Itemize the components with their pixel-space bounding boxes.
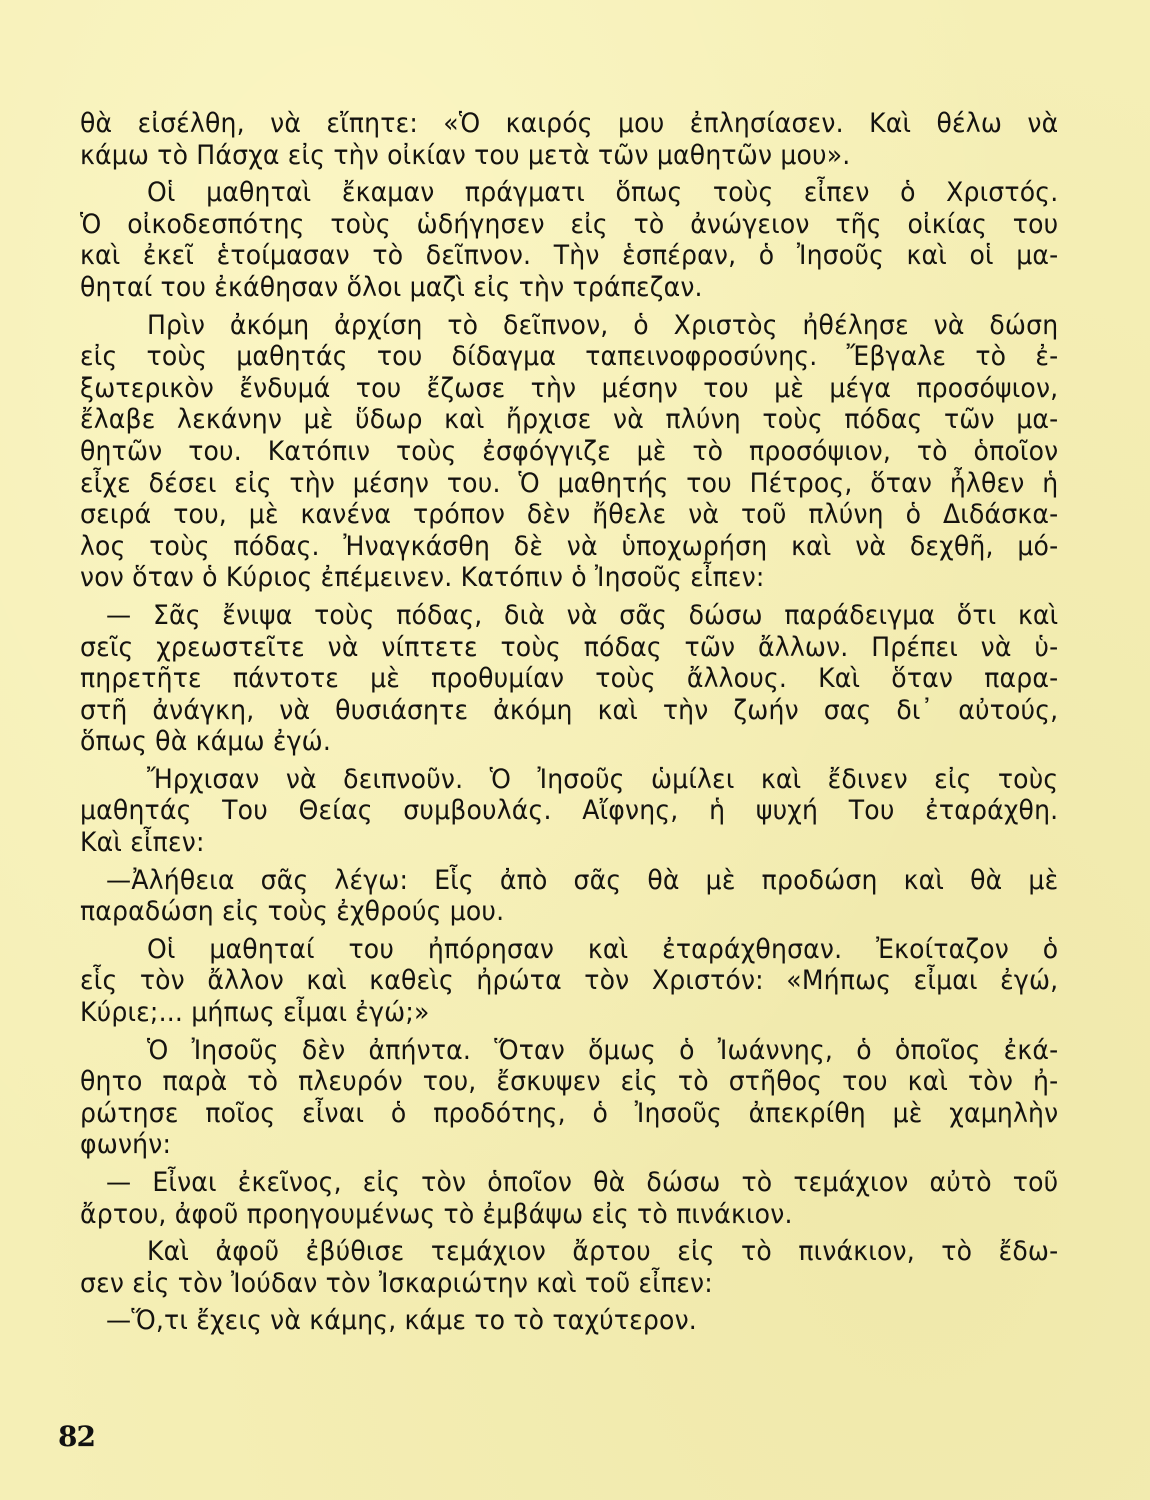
text-line: Οἱ μαθηταὶ ἔκαμαν πράγματι ὅπως τοὺς εἶπ…: [80, 177, 1058, 209]
book-page-body: θὰ εἰσέλθη, νὰ εἴπητε: «Ὁ καιρός μου ἐπλ…: [80, 108, 1060, 1337]
text-line: σεν εἰς τὸν Ἰούδαν τὸν Ἰσκαριώτην καὶ το…: [80, 1268, 1058, 1300]
text-line: Ἤρχισαν νὰ δειπνοῦν. Ὁ Ἰησοῦς ὡμίλει καὶ…: [80, 764, 1058, 796]
paragraph-indent: Οἱ μαθηταί του ἠπόρησαν καὶ ἐταράχθησαν.…: [80, 934, 1060, 1029]
text-line: Πρὶν ἀκόμη ἀρχίση τὸ δεῖπνον, ὁ Χριστὸς …: [80, 310, 1058, 342]
paragraph-indent: Πρὶν ἀκόμη ἀρχίση τὸ δεῖπνον, ὁ Χριστὸς …: [80, 310, 1060, 594]
text-line: —Ἀλήθεια σᾶς λέγω: Εἷς ἀπὸ σᾶς θὰ μὲ προ…: [80, 865, 1058, 897]
text-line: εἰς τοὺς μαθητάς του δίδαγμα ταπεινοφροσ…: [80, 341, 1058, 373]
text-line: Καὶ ἀφοῦ ἐβύθισε τεμάχιον ἄρτου εἰς τὸ π…: [80, 1236, 1058, 1268]
text-line: — Σᾶς ἔνιψα τοὺς πόδας, διὰ νὰ σᾶς δώσω …: [80, 600, 1058, 632]
text-line: στῆ ἀνάγκη, νὰ θυσιάσητε ἀκόμη καὶ τὴν ζ…: [80, 695, 1058, 727]
text-line: σεῖς χρεωστεῖτε νὰ νίπτετε τοὺς πόδας τῶ…: [80, 632, 1058, 664]
text-line: καὶ ἐκεῖ ἑτοίμασαν τὸ δεῖπνον. Τὴν ἑσπέρ…: [80, 240, 1058, 272]
text-line: παραδώση εἰς τοὺς ἐχθρούς μου.: [80, 896, 1058, 928]
text-line: Ὁ Ἰησοῦς δὲν ἀπήντα. Ὅταν ὅμως ὁ Ἰωάννης…: [80, 1035, 1058, 1067]
text-line: Κύριε;... μήπως εἶμαι ἐγώ;»: [80, 997, 1058, 1029]
text-line: πηρετῆτε πάντοτε μὲ προθυμίαν τοὺς ἄλλου…: [80, 663, 1058, 695]
text-line: κάμω τὸ Πάσχα εἰς τὴν οἰκίαν του μετὰ τῶ…: [80, 140, 1058, 172]
text-line: σειρά του, μὲ κανένα τρόπον δὲν ἤθελε νὰ…: [80, 499, 1058, 531]
paragraph-indent: Ἤρχισαν νὰ δειπνοῦν. Ὁ Ἰησοῦς ὡμίλει καὶ…: [80, 764, 1060, 859]
text-line: ἄρτου, ἀφοῦ προηγουμένως τὸ ἐμβάψω εἰς τ…: [80, 1199, 1058, 1231]
text-line: Καὶ εἶπεν:: [80, 827, 1058, 859]
text-line: ρώτησε ποῖος εἶναι ὁ προδότης, ὁ Ἰησοῦς …: [80, 1098, 1058, 1130]
text-line: ξωτερικὸν ἔνδυμά του ἔζωσε τὴν μέσην του…: [80, 373, 1058, 405]
page-number: 82: [58, 1420, 95, 1453]
text-line: λος τοὺς πόδας. Ἠναγκάσθη δὲ νὰ ὑποχωρήσ…: [80, 531, 1058, 563]
paragraph-indent: Ὁ Ἰησοῦς δὲν ἀπήντα. Ὅταν ὅμως ὁ Ἰωάννης…: [80, 1035, 1060, 1161]
text-line: θὰ εἰσέλθη, νὰ εἴπητε: «Ὁ καιρός μου ἐπλ…: [80, 108, 1058, 140]
paragraph-dash: — Εἶναι ἐκεῖνος, εἰς τὸν ὁποῖον θὰ δώσω …: [80, 1167, 1060, 1230]
text-line: ὅπως θὰ κάμω ἐγώ.: [80, 726, 1058, 758]
text-line: εἷς τὸν ἄλλον καὶ καθεὶς ἠρώτα τὸν Χριστ…: [80, 965, 1058, 997]
paragraph-indent: Καὶ ἀφοῦ ἐβύθισε τεμάχιον ἄρτου εἰς τὸ π…: [80, 1236, 1060, 1299]
text-line: θηταί του ἐκάθησαν ὅλοι μαζὶ εἰς τὴν τρά…: [80, 272, 1058, 304]
text-line: μαθητάς Του Θείας συμβουλάς. Αἴφνης, ἡ ψ…: [80, 795, 1058, 827]
text-line: Οἱ μαθηταί του ἠπόρησαν καὶ ἐταράχθησαν.…: [80, 934, 1058, 966]
text-line: θητῶν του. Κατόπιν τοὺς ἐσφόγγιζε μὲ τὸ …: [80, 436, 1058, 468]
paragraph-continuation: θὰ εἰσέλθη, νὰ εἴπητε: «Ὁ καιρός μου ἐπλ…: [80, 108, 1060, 171]
paragraph-dash: — Σᾶς ἔνιψα τοὺς πόδας, διὰ νὰ σᾶς δώσω …: [80, 600, 1060, 758]
text-line: φωνήν:: [80, 1129, 1058, 1161]
text-line: Ὁ οἰκοδεσπότης τοὺς ὡδήγησεν εἰς τὸ ἀνώγ…: [80, 209, 1058, 241]
paragraph-dash: —Ἀλήθεια σᾶς λέγω: Εἷς ἀπὸ σᾶς θὰ μὲ προ…: [80, 865, 1060, 928]
paragraph-indent: Οἱ μαθηταὶ ἔκαμαν πράγματι ὅπως τοὺς εἶπ…: [80, 177, 1060, 303]
text-line: εἶχε δέσει εἰς τὴν μέσην του. Ὁ μαθητής …: [80, 468, 1058, 500]
text-line: — Εἶναι ἐκεῖνος, εἰς τὸν ὁποῖον θὰ δώσω …: [80, 1167, 1058, 1199]
text-line: θητο παρὰ τὸ πλευρόν του, ἔσκυψεν εἰς τὸ…: [80, 1066, 1058, 1098]
text-line: —Ὅ,τι ἔχεις νὰ κάμης, κάμε το τὸ ταχύτερ…: [80, 1305, 1058, 1337]
paragraph-dash: —Ὅ,τι ἔχεις νὰ κάμης, κάμε το τὸ ταχύτερ…: [80, 1305, 1060, 1337]
text-line: νον ὅταν ὁ Κύριος ἐπέμεινεν. Κατόπιν ὁ Ἰ…: [80, 562, 1058, 594]
text-line: ἔλαβε λεκάνην μὲ ὕδωρ καὶ ἤρχισε νὰ πλύν…: [80, 404, 1058, 436]
